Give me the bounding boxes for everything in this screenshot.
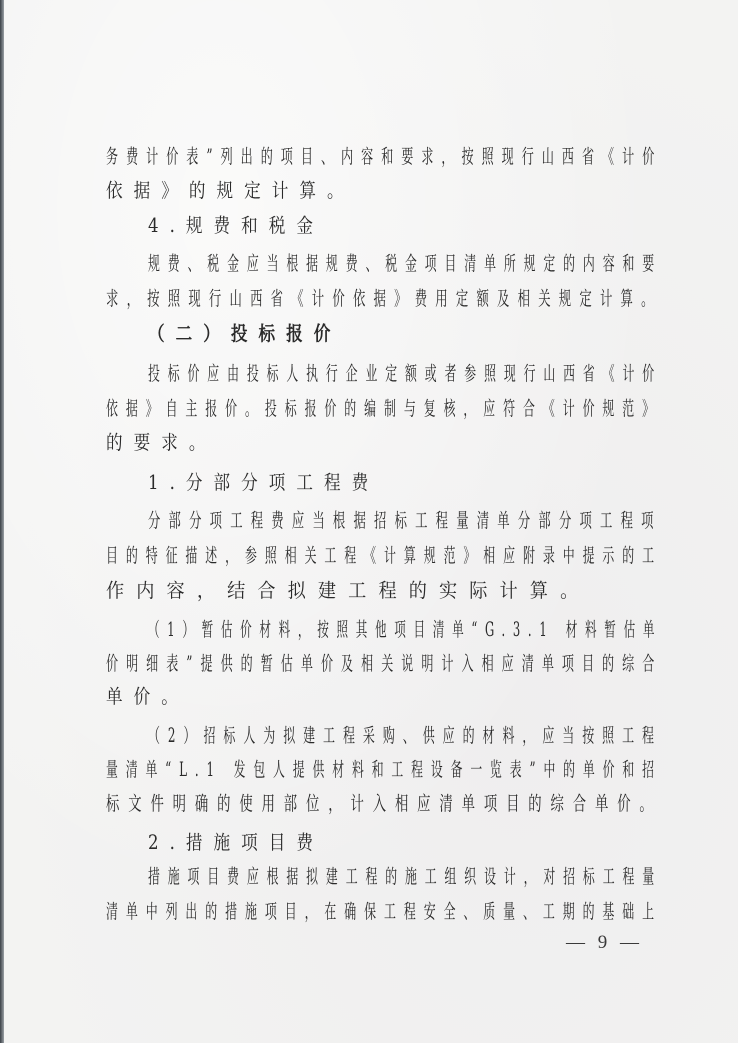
text-line: 的要求。 xyxy=(106,431,582,455)
scanned-page: 务费计价表”列出的项目、内容和要求，按照现行山西省《计价 依据》的规定计算。 4… xyxy=(0,0,738,1043)
page-number: — 9 — xyxy=(566,932,643,954)
text-line: 依据》自主报价。投标报价的编制与复核，应符合《计价规范》 xyxy=(106,397,448,421)
text-line: 作内容，结合拟建工程的实际计算。 xyxy=(106,579,628,603)
section-heading-2: 2.措施项目费 xyxy=(148,831,624,855)
section-heading-bid-price: （二）投标报价 xyxy=(148,322,624,346)
text-line: 求，按照现行山西省《计价依据》费用定额及相关规定计算。 xyxy=(106,287,461,311)
list-item-2: （2）招标人为拟建工程采购、供应的材料，应当按照工程 xyxy=(148,724,491,748)
text-line: 量清单“L.1 发包人提供材料和工程设备一览表”中的单价和招 xyxy=(106,758,446,782)
scan-edge-shadow xyxy=(0,0,4,1043)
text-line: 分部分项工程费应当根据招标工程量清单分部分项工程项 xyxy=(148,509,502,533)
text-line: 单价。 xyxy=(106,685,582,709)
section-heading-4: 4.规费和税金 xyxy=(148,214,624,238)
text-line: 务费计价表”列出的项目、内容和要求，按照现行山西省《计价 xyxy=(106,145,452,169)
section-heading-1: 1.分部分项工程费 xyxy=(148,471,624,495)
text-line: 措施项目费应根据拟建工程的施工组织设计，对招标工程量 xyxy=(148,865,489,889)
text-line: 依据》的规定计算。 xyxy=(106,179,582,203)
list-item-1: （1）暂估价材料，按照其他项目清单“G.3.1 材料暂估单 xyxy=(148,618,480,642)
text-line: 规费、税金应当根据规费、税金项目清单所规定的内容和要 xyxy=(148,252,489,276)
text-line: 目的特征描述，参照相关工程《计算规范》相应附录中提示的工 xyxy=(106,544,448,568)
text-line: 投标价应由投标人执行企业定额或者参照现行山西省《计价 xyxy=(148,362,489,386)
text-line: 标文件明确的使用部位，计入相应清单项目的综合单价。 xyxy=(106,792,489,816)
text-line: 价明细表”提供的暂估单价及相关说明计入相应清单项目的综合 xyxy=(106,652,452,676)
text-line: 清单中列出的措施项目，在确保工程安全、质量、工期的基础上 xyxy=(106,900,448,924)
